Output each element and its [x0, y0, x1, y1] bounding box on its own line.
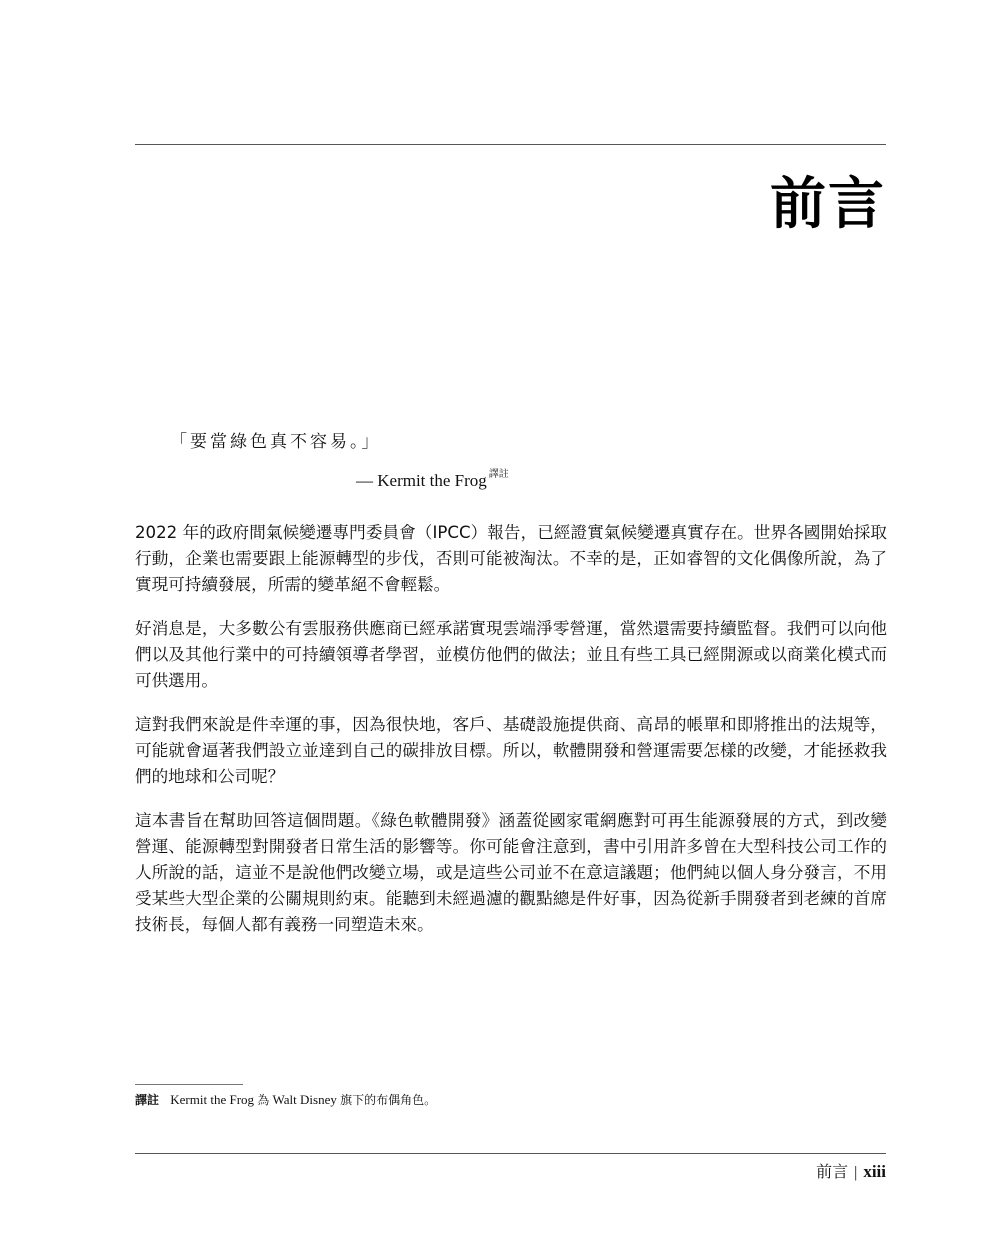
page-number: xiii — [863, 1162, 886, 1181]
epigraph-quote: 「要當綠色真不容易。」 — [170, 428, 382, 456]
top-divider — [135, 144, 886, 145]
bottom-divider — [135, 1153, 886, 1154]
footnote-label: 譯註 — [135, 1093, 159, 1107]
footnote-divider — [135, 1084, 243, 1085]
footnote-text-4: 旗下的布偶角色。 — [340, 1093, 436, 1107]
running-chapter: 前言 — [816, 1162, 848, 1181]
epigraph-attribution: — Kermit the Frog譯註 — [356, 462, 509, 494]
footnote-text-1: Kermit the Frog — [170, 1092, 254, 1107]
folio-separator: | — [854, 1164, 857, 1181]
paragraph: 2022 年的政府間氣候變遷專門委員會（IPCC）報告，已經證實氣候變遷真實存在… — [135, 520, 887, 598]
paragraph: 這對我們來說是件幸運的事，因為很快地，客戶、基礎設施提供商、高昂的帳單和即將推出… — [135, 712, 887, 790]
page-footer: 前言|xiii — [816, 1160, 886, 1185]
footnote-text-2: 為 — [257, 1093, 269, 1107]
attribution-text: — Kermit the Frog — [356, 471, 487, 490]
paragraph: 這本書旨在幫助回答這個問題。《綠色軟體開發》涵蓋從國家電網應對可再生能源發展的方… — [135, 808, 887, 938]
body-text: 2022 年的政府間氣候變遷專門委員會（IPCC）報告，已經證實氣候變遷真實存在… — [135, 520, 887, 956]
paragraph: 好消息是，大多數公有雲服務供應商已經承諾實現雲端淨零營運，當然還需要持續監督。我… — [135, 616, 887, 694]
footnote: 譯註 Kermit the Frog 為 Walt Disney 旗下的布偶角色… — [135, 1090, 436, 1110]
book-page: 前言 「要當綠色真不容易。」 — Kermit the Frog譯註 2022 … — [0, 0, 1000, 1243]
footnote-text-3: Walt Disney — [273, 1092, 337, 1107]
chapter-title: 前言 — [770, 170, 886, 240]
translator-note-marker[interactable]: 譯註 — [489, 469, 509, 480]
